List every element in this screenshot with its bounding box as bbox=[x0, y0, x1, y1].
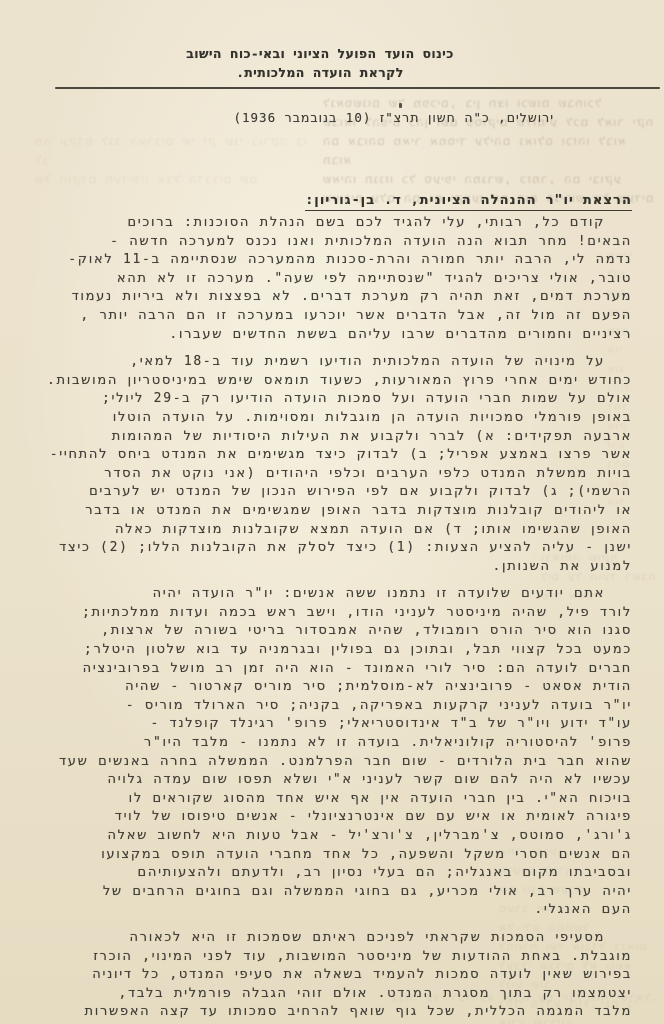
document-title: כינוס הועד הפועל הציוני ובאי-כוח הישוב ל… bbox=[182, 44, 458, 82]
body-paragraph: קודם כל, רבותי, עלי להגיד לכם בשם הנהלת … bbox=[31, 214, 632, 344]
speech-body: קודם כל, רבותי, עלי להגיד לכם בשם הנהלת … bbox=[31, 214, 632, 1024]
stray-ink-mark bbox=[399, 103, 402, 108]
dateline: ירושלים, כ"ה חשון תרצ"ז (10 בנובמבר 1936… bbox=[233, 110, 554, 125]
title-line-2: לקראת הועדה המלכותית. bbox=[182, 63, 458, 82]
body-paragraph: מסעיפי הסמכות שקראתי לפניכם ראיתם שסמכות… bbox=[31, 929, 632, 1022]
title-line-1: כינוס הועד הפועל הציוני ובאי-כוח הישוב bbox=[182, 44, 458, 63]
horizontal-rule bbox=[55, 87, 660, 89]
document-page: לנאסשנום של מפכים, בין חצו וכשום שבחוכל … bbox=[0, 0, 664, 1024]
body-paragraph: אתם יודעים שלועדה זו נתמנו ששה אנשים: יו… bbox=[31, 585, 632, 920]
bleedthrough-text: מה עקדם לגב הערבים שי זק שגי בורקה בו לב… bbox=[34, 132, 320, 189]
speech-heading: הרצאת יו"ר ההנהלה הציונית, ד. בן-גוריון: bbox=[305, 193, 632, 211]
body-paragraph: על מינויה של הועדה המלכותית הודיעו רשמית… bbox=[31, 353, 632, 576]
